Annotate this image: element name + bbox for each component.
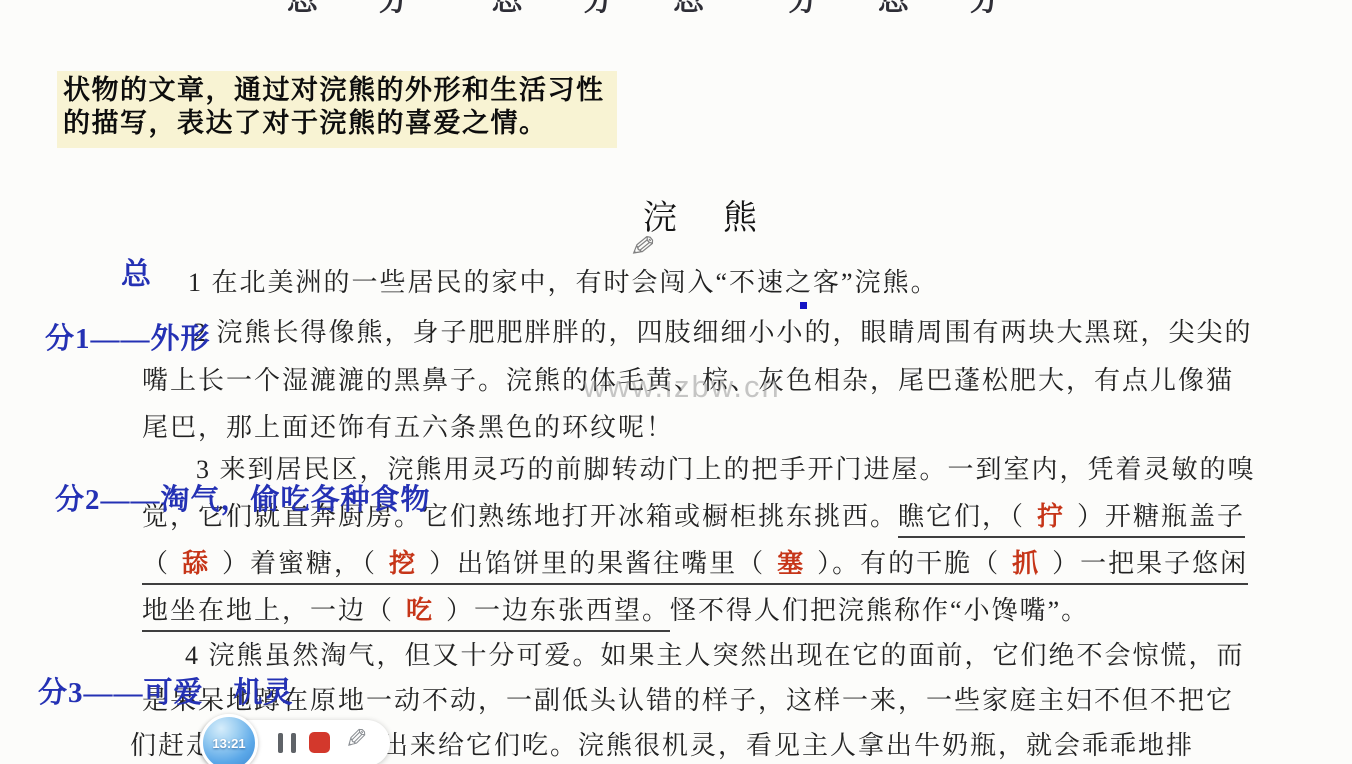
annotate-pencil-button[interactable]: ✎: [345, 724, 368, 755]
top-clipped-text: 总 分 总 分 总 分 总 分: [287, 0, 1026, 19]
recording-toolbar: 13:21 ✎: [199, 720, 390, 764]
article-title: 浣熊: [643, 190, 803, 239]
summary-line-1: 状物的文章，通过对浣熊的外形和生活习性: [63, 74, 605, 107]
watermark: www.izbw.cn: [583, 369, 781, 405]
stop-button[interactable]: [309, 732, 330, 753]
paragraph-4-line-1: 4 浣熊虽然淘气，但又十分可爱。如果主人突然出现在它的面前，它们绝不会惊慌，而: [185, 641, 1245, 671]
pause-icon: [278, 733, 283, 753]
annotation-fen3: 分3——可爱 机灵: [38, 670, 294, 711]
annotation-fen1: 分1——外形: [45, 316, 211, 357]
summary-highlight: 状物的文章，通过对浣熊的外形和生活习性 的描写，表达了对于浣熊的喜爱之情。: [57, 71, 617, 148]
summary-line-2: 的描写，表达了对于浣熊的喜爱之情。: [63, 107, 605, 140]
recording-timer-bubble[interactable]: 13:21: [200, 714, 258, 764]
paragraph-2-line-3: 尾巴，那上面还饰有五六条黑色的环纹呢！: [142, 413, 674, 443]
annotation-zong: 总: [121, 249, 152, 293]
paragraph-3-line-4: 地坐在地上，一边（吃）一边东张西望。怪不得人们把浣熊称作“小馋嘴”。: [142, 596, 1089, 626]
document-page: 总 分 总 分 总 分 总 分 状物的文章，通过对浣熊的外形和生活习性 的描写，…: [0, 0, 1352, 764]
recording-time: 13:21: [212, 736, 245, 751]
annotation-fen2: 分2——淘气，偷吃各种食物: [55, 477, 431, 518]
pause-button[interactable]: [278, 733, 296, 753]
paragraph-3-line-3: （舔）着蜜糖，（挖）出馅饼里的果酱往嘴里（塞）。有的干脆（抓）一把果子悠闲: [142, 549, 1248, 579]
paragraph-4-line-2: 是呆呆地蹲在原地一动不动，一副低头认错的样子，这样一来，一些家庭主妇不但不把它: [142, 686, 1234, 716]
pause-icon: [291, 733, 296, 753]
pencil-doodle-icon: ✎: [628, 229, 657, 266]
paragraph-2-line-1: 2 浣熊长得像熊，身子肥肥胖胖的，四肢细细小小的，眼睛周围有两块大黑斑，尖尖的: [193, 318, 1253, 348]
emphasis-dot: [800, 302, 807, 309]
paragraph-1-line-1: 1 在北美洲的一些居民的家中，有时会闯入“不速之客”浣熊。: [188, 268, 939, 298]
